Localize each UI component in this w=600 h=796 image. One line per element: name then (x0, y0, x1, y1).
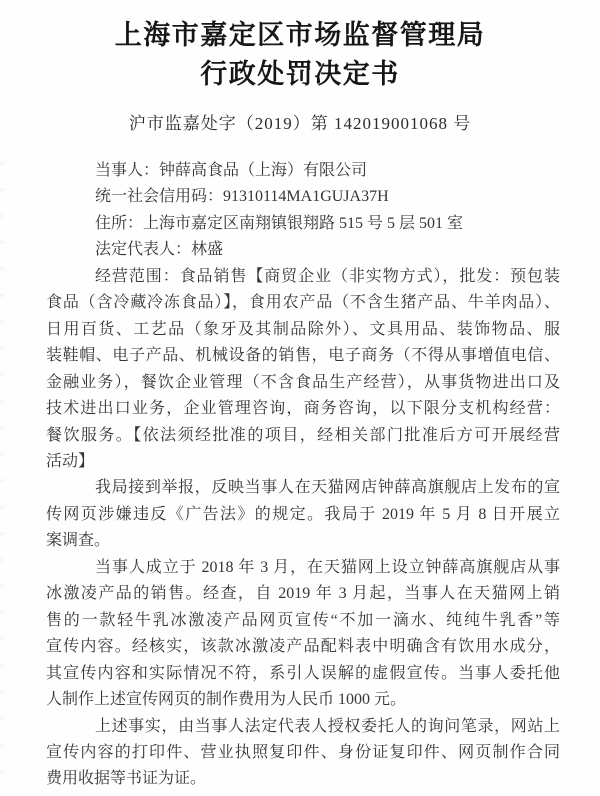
text-line: 传网页涉嫌违反《广告法》的规定。我局于 2019 年 5 月 8 日开展立 (46, 502, 560, 528)
text-line: 食品（含冷藏冷冻食品）】，食用农产品（不含生猪产品、牛羊肉品）、 (46, 290, 560, 316)
paragraph: 我局接到举报，反映当事人在天猫网店钟薛高旗舰店上发布的宣传网页涉嫌违反《广告法》… (46, 475, 560, 554)
text-line: 人制作上述宣传网页的制作费用为人民币 1000 元。 (46, 687, 560, 713)
document-number: 沪市监嘉处字（2019）第 142019001068 号 (0, 111, 600, 136)
text-line: 上述事实，由当事人法定代表人授权委托人的询问笔录，网站上 (46, 714, 560, 740)
paragraph: 当事人：钟薛高食品（上海）有限公司 (46, 158, 560, 184)
paragraph: 法定代表人：林盛 (46, 237, 560, 263)
text-line: 其宣传内容和实际情况不符，系引人误解的虚假宣传。当事人委托他 (46, 661, 560, 687)
document-title-line-2: 行政处罚决定书 (0, 55, 600, 94)
text-line: 技术进出口业务，企业管理咨询，商务咨询，以下限分支机构经营： (46, 396, 560, 422)
text-line: 案调查。 (46, 528, 560, 554)
paragraph: 经营范围：食品销售【商贸企业（非实物方式），批发：预包装食品（含冷藏冷冻食品）】… (46, 264, 560, 476)
text-line: 活动】 (46, 449, 560, 475)
document-page: 上海市嘉定区市场监督管理局 行政处罚决定书 沪市监嘉处字（2019）第 1420… (0, 0, 600, 796)
document-title: 上海市嘉定区市场监督管理局 行政处罚决定书 (0, 0, 600, 94)
text-line: 法定代表人：林盛 (46, 237, 560, 263)
text-line: 统一社会信用码：91310114MA1GUJA37H (46, 184, 560, 210)
text-line: 售的一款轻牛乳冰激凌产品网页宣传“不加一滴水、纯纯牛乳香”等 (46, 608, 560, 634)
document-content: 上海市嘉定区市场监督管理局 行政处罚决定书 沪市监嘉处字（2019）第 1420… (0, 0, 600, 793)
text-line: 宣传内容。经核实，该款冰激凌产品配料表中明确含有饮用水成分， (46, 634, 560, 660)
text-line: 经营范围：食品销售【商贸企业（非实物方式），批发：预包装 (46, 264, 560, 290)
text-line: 餐饮服务。【依法须经批准的项目，经相关部门批准后方可开展经营 (46, 423, 560, 449)
paragraph: 住所：上海市嘉定区南翔镇银翔路 515 号 5 层 501 室 (46, 211, 560, 237)
document-title-line-1: 上海市嘉定区市场监督管理局 (0, 16, 600, 55)
text-line: 我局接到举报，反映当事人在天猫网店钟薛高旗舰店上发布的宣 (46, 475, 560, 501)
text-line: 装鞋帽、电子产品、机械设备的销售，电子商务（不得从事增值电信、 (46, 343, 560, 369)
text-line: 冰激凌产品的销售。经查，自 2019 年 3 月起，当事人在天猫网上销 (46, 581, 560, 607)
text-line: 宣传内容的打印件、营业执照复印件、身份证复印件、网页制作合同 (46, 740, 560, 766)
text-line: 日用百货、工艺品（象牙及其制品除外）、文具用品、装饰物品、服 (46, 317, 560, 343)
text-line: 住所：上海市嘉定区南翔镇银翔路 515 号 5 层 501 室 (46, 211, 560, 237)
text-line: 费用收据等书证为证。 (46, 766, 560, 792)
paragraph: 统一社会信用码：91310114MA1GUJA37H (46, 184, 560, 210)
document-body: 当事人：钟薛高食品（上海）有限公司统一社会信用码：91310114MA1GUJA… (46, 158, 560, 793)
text-line: 当事人：钟薛高食品（上海）有限公司 (46, 158, 560, 184)
text-line: 金融业务），餐饮企业管理（不含食品生产经营），从事货物进出口及 (46, 370, 560, 396)
text-line: 当事人成立于 2018 年 3 月，在天猫网上设立钟薛高旗舰店从事 (46, 555, 560, 581)
paragraph: 上述事实，由当事人法定代表人授权委托人的询问笔录，网站上宣传内容的打印件、营业执… (46, 714, 560, 793)
paragraph: 当事人成立于 2018 年 3 月，在天猫网上设立钟薛高旗舰店从事冰激凌产品的销… (46, 555, 560, 714)
